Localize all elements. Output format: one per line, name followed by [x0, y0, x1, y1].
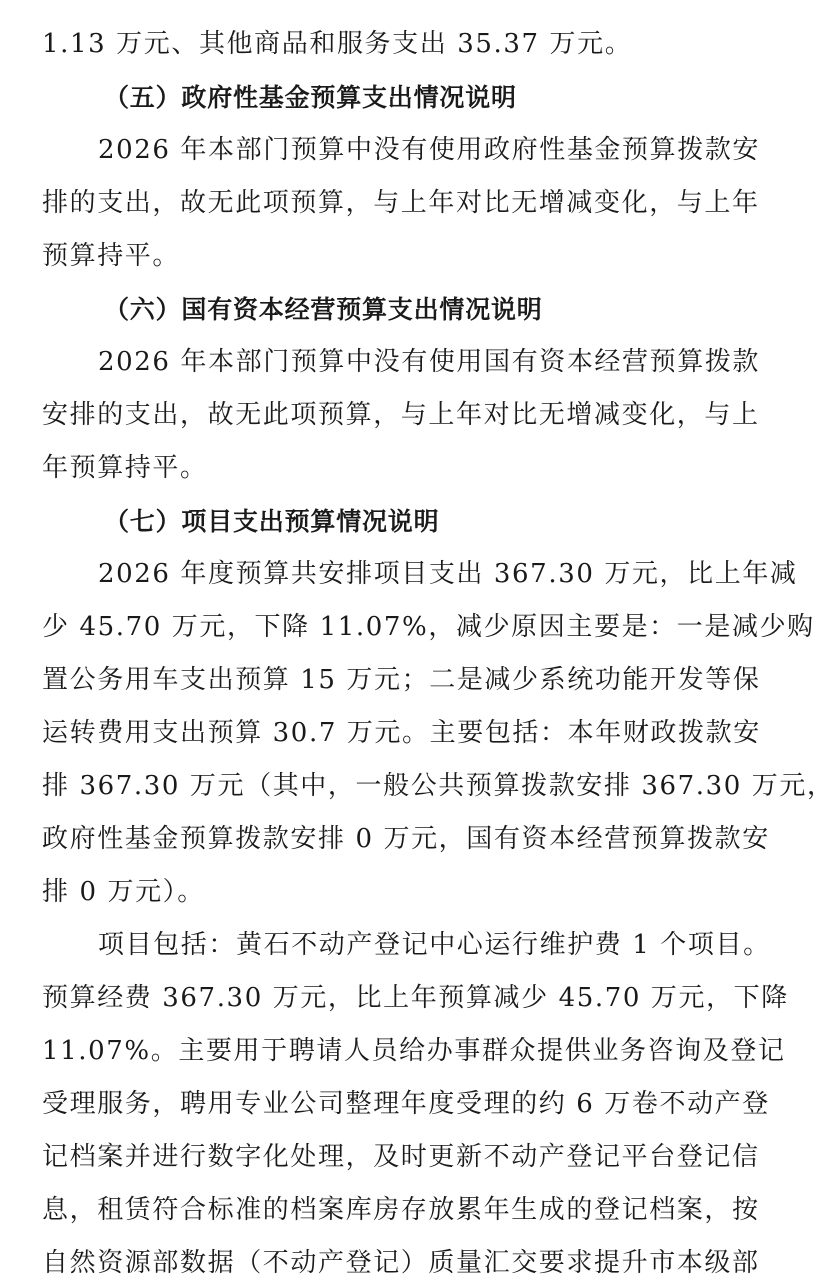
- body-text-line: 记档案并进行数字化处理，及时更新不动产登记平台登记信: [42, 1131, 794, 1184]
- section-heading-state-capital: （六）国有资本经营预算支出情况说明: [42, 283, 794, 336]
- body-text-line: 运转费用支出预算 30.7 万元。主要包括：本年财政拨款安: [42, 707, 794, 760]
- paragraph-first-line: 2026 年度预算共安排项目支出 367.30 万元，比上年减: [42, 548, 794, 601]
- body-text-line: 置公务用车支出预算 15 万元；二是减少系统功能开发等保: [42, 654, 794, 707]
- section-heading-government-fund: （五）政府性基金预算支出情况说明: [42, 71, 794, 124]
- body-text-line: 政府性基金预算拨款安排 0 万元，国有资本经营预算拨款安: [42, 813, 794, 866]
- body-text-line: 息，租赁符合标准的档案库房存放累年生成的登记档案，按: [42, 1184, 794, 1237]
- body-text-line: 1.13 万元、其他商品和服务支出 35.37 万元。: [42, 18, 794, 71]
- body-text-line: 预算经费 367.30 万元，比上年预算减少 45.70 万元，下降: [42, 972, 794, 1025]
- body-text-line: 排 367.30 万元（其中，一般公共预算拨款安排 367.30 万元，: [42, 760, 794, 813]
- body-text-line: 预算持平。: [42, 230, 794, 283]
- body-text-line: 排 0 万元）。: [42, 866, 794, 919]
- body-text-line: 受理服务，聘用专业公司整理年度受理的约 6 万卷不动产登: [42, 1078, 794, 1131]
- body-text-line: 自然资源部数据（不动产登记）质量汇交要求提升市本级部: [42, 1237, 794, 1284]
- body-text-line: 排的支出，故无此项预算，与上年对比无增减变化，与上年: [42, 177, 794, 230]
- body-text-line: 少 45.70 万元，下降 11.07%，减少原因主要是：一是减少购: [42, 601, 794, 654]
- body-text-line: 11.07%。主要用于聘请人员给办事群众提供业务咨询及登记: [42, 1025, 794, 1078]
- section-heading-project-expenditure: （七）项目支出预算情况说明: [42, 495, 794, 548]
- paragraph-first-line: 2026 年本部门预算中没有使用国有资本经营预算拨款: [42, 336, 794, 389]
- paragraph-first-line: 2026 年本部门预算中没有使用政府性基金预算拨款安: [42, 124, 794, 177]
- document-page: 1.13 万元、其他商品和服务支出 35.37 万元。 （五）政府性基金预算支出…: [42, 18, 794, 1284]
- paragraph-first-line: 项目包括：黄石不动产登记中心运行维护费 1 个项目。: [42, 919, 794, 972]
- body-text-line: 年预算持平。: [42, 442, 794, 495]
- body-text-line: 安排的支出，故无此项预算，与上年对比无增减变化，与上: [42, 389, 794, 442]
